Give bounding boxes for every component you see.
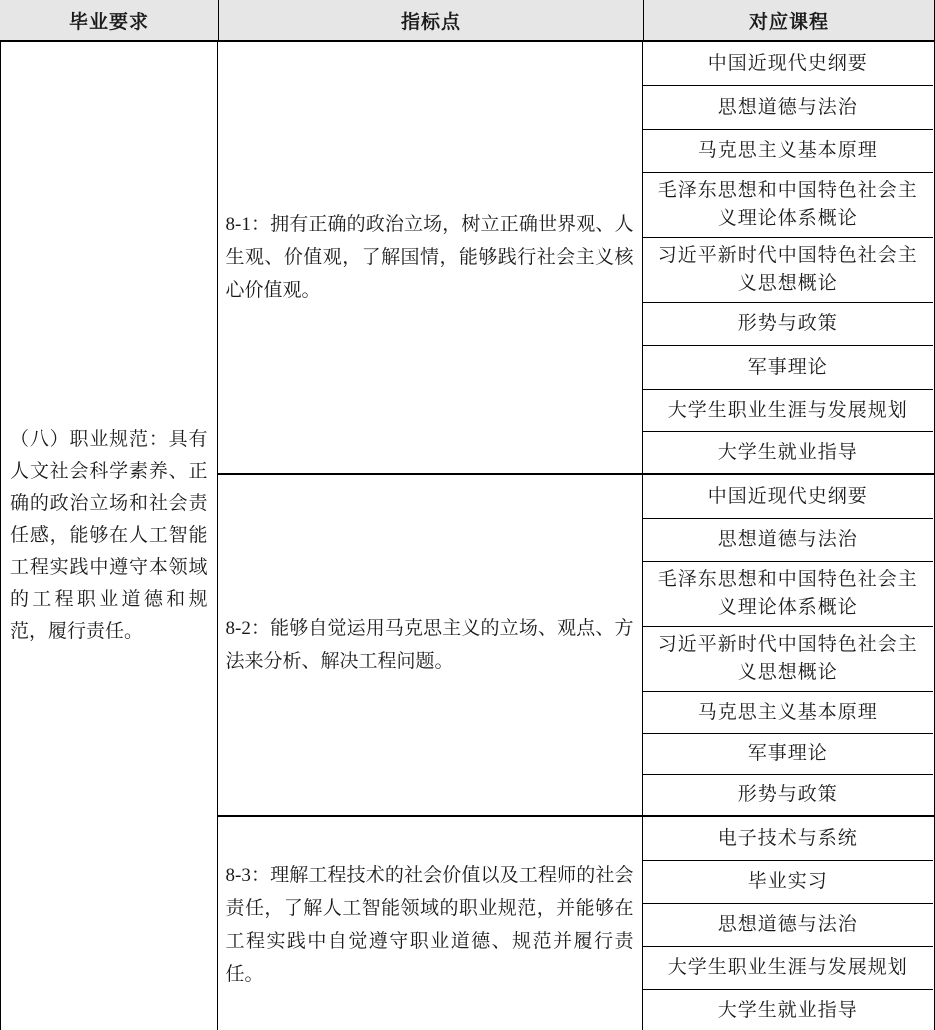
requirement-cell: （八）职业规范：具有人文社会科学素养、正确的政治立场和社会责任感，能够在人工智能… bbox=[1, 42, 218, 1030]
course-cell: 大学生职业生涯与发展规划 bbox=[643, 946, 934, 989]
course-label: 形势与政策 bbox=[738, 310, 838, 338]
course-cell: 习近平新时代中国特色社会主义思想概论 bbox=[643, 626, 934, 691]
course-label: 大学生就业指导 bbox=[718, 439, 858, 467]
requirement-text: （八）职业规范：具有人文社会科学素养、正确的政治立场和社会责任感，能够在人工智能… bbox=[10, 424, 208, 648]
indicator-text: 8-1：拥有正确的政治立场，树立正确世界观、人生观、价值观，了解国情，能够践行社… bbox=[226, 208, 634, 307]
course-label: 电子技术与系统 bbox=[718, 825, 858, 853]
course-label: 军事理论 bbox=[748, 354, 828, 382]
course-cell: 马克思主义基本原理 bbox=[643, 691, 934, 733]
course-cell: 中国近现代史纲要 bbox=[643, 475, 934, 518]
header-cell-corresponding-courses: 对应课程 bbox=[643, 0, 935, 40]
course-cell: 电子技术与系统 bbox=[643, 817, 934, 860]
course-label: 马克思主义基本原理 bbox=[698, 699, 878, 727]
table-header-row: 毕业要求 指标点 对应课程 bbox=[0, 0, 935, 42]
course-cell: 形势与政策 bbox=[643, 774, 934, 815]
course-cell: 形势与政策 bbox=[643, 302, 934, 345]
course-label: 思想道德与法治 bbox=[718, 526, 858, 554]
course-label: 毛泽东思想和中国特色社会主义理论体系概论 bbox=[655, 177, 922, 233]
graduation-requirements-table: 毕业要求 指标点 对应课程 （八）职业规范：具有人文社会科学素养、正确的政治立场… bbox=[0, 0, 935, 1030]
course-label: 毕业实习 bbox=[748, 868, 828, 896]
course-label: 中国近现代史纲要 bbox=[708, 50, 868, 78]
course-label: 大学生职业生涯与发展规划 bbox=[668, 954, 908, 982]
course-cell: 军事理论 bbox=[643, 345, 934, 389]
indicator-text: 8-2：能够自觉运用马克思主义的立场、观点、方法来分析、解决工程问题。 bbox=[226, 612, 634, 678]
course-cell: 思想道德与法治 bbox=[643, 903, 934, 946]
section-8-3: 8-3：理解工程技术的社会价值以及工程师的社会责任，了解人工智能领域的职业规范，… bbox=[218, 817, 934, 1030]
course-cell: 毛泽东思想和中国特色社会主义理论体系概论 bbox=[643, 172, 934, 237]
courses-column-8-2: 中国近现代史纲要思想道德与法治毛泽东思想和中国特色社会主义理论体系概论习近平新时… bbox=[643, 475, 934, 815]
course-label: 军事理论 bbox=[748, 740, 828, 768]
course-label: 毛泽东思想和中国特色社会主义理论体系概论 bbox=[655, 566, 922, 622]
course-cell: 思想道德与法治 bbox=[643, 518, 934, 561]
course-label: 大学生职业生涯与发展规划 bbox=[668, 397, 908, 425]
course-label: 中国近现代史纲要 bbox=[708, 483, 868, 511]
section-8-1: 8-1：拥有正确的政治立场，树立正确世界观、人生观、价值观，了解国情，能够践行社… bbox=[218, 42, 934, 475]
header-cell-graduation-requirements: 毕业要求 bbox=[0, 0, 218, 40]
course-cell: 毕业实习 bbox=[643, 860, 934, 903]
course-cell: 毛泽东思想和中国特色社会主义理论体系概论 bbox=[643, 561, 934, 626]
section-8-2: 8-2：能够自觉运用马克思主义的立场、观点、方法来分析、解决工程问题。中国近现代… bbox=[218, 475, 934, 817]
course-cell: 习近平新时代中国特色社会主义思想概论 bbox=[643, 237, 934, 302]
course-cell: 思想道德与法治 bbox=[643, 85, 934, 129]
indicator-cell-8-3: 8-3：理解工程技术的社会价值以及工程师的社会责任，了解人工智能领域的职业规范，… bbox=[218, 817, 643, 1030]
courses-column-8-3: 电子技术与系统毕业实习思想道德与法治大学生职业生涯与发展规划大学生就业指导 bbox=[643, 817, 934, 1030]
header-cell-indicator-points: 指标点 bbox=[218, 0, 643, 40]
course-cell: 中国近现代史纲要 bbox=[643, 42, 934, 85]
course-label: 习近平新时代中国特色社会主义思想概论 bbox=[655, 242, 922, 298]
indicator-cell-8-2: 8-2：能够自觉运用马克思主义的立场、观点、方法来分析、解决工程问题。 bbox=[218, 475, 643, 815]
course-label: 大学生就业指导 bbox=[718, 997, 858, 1025]
course-cell: 大学生就业指导 bbox=[643, 431, 934, 473]
courses-column-8-1: 中国近现代史纲要思想道德与法治马克思主义基本原理毛泽东思想和中国特色社会主义理论… bbox=[643, 42, 934, 473]
table-body: （八）职业规范：具有人文社会科学素养、正确的政治立场和社会责任感，能够在人工智能… bbox=[0, 42, 935, 1030]
indicator-cell-8-1: 8-1：拥有正确的政治立场，树立正确世界观、人生观、价值观，了解国情，能够践行社… bbox=[218, 42, 643, 473]
course-cell: 军事理论 bbox=[643, 733, 934, 774]
course-label: 马克思主义基本原理 bbox=[698, 137, 878, 165]
course-label: 思想道德与法治 bbox=[718, 94, 858, 122]
course-cell: 大学生职业生涯与发展规划 bbox=[643, 389, 934, 431]
course-label: 思想道德与法治 bbox=[718, 911, 858, 939]
course-label: 习近平新时代中国特色社会主义思想概论 bbox=[655, 631, 922, 687]
indicator-text: 8-3：理解工程技术的社会价值以及工程师的社会责任，了解人工智能领域的职业规范，… bbox=[226, 859, 634, 991]
course-label: 形势与政策 bbox=[738, 781, 838, 809]
sections-container: 8-1：拥有正确的政治立场，树立正确世界观、人生观、价值观，了解国情，能够践行社… bbox=[218, 42, 935, 1030]
course-cell: 马克思主义基本原理 bbox=[643, 129, 934, 172]
course-cell: 大学生就业指导 bbox=[643, 989, 934, 1030]
